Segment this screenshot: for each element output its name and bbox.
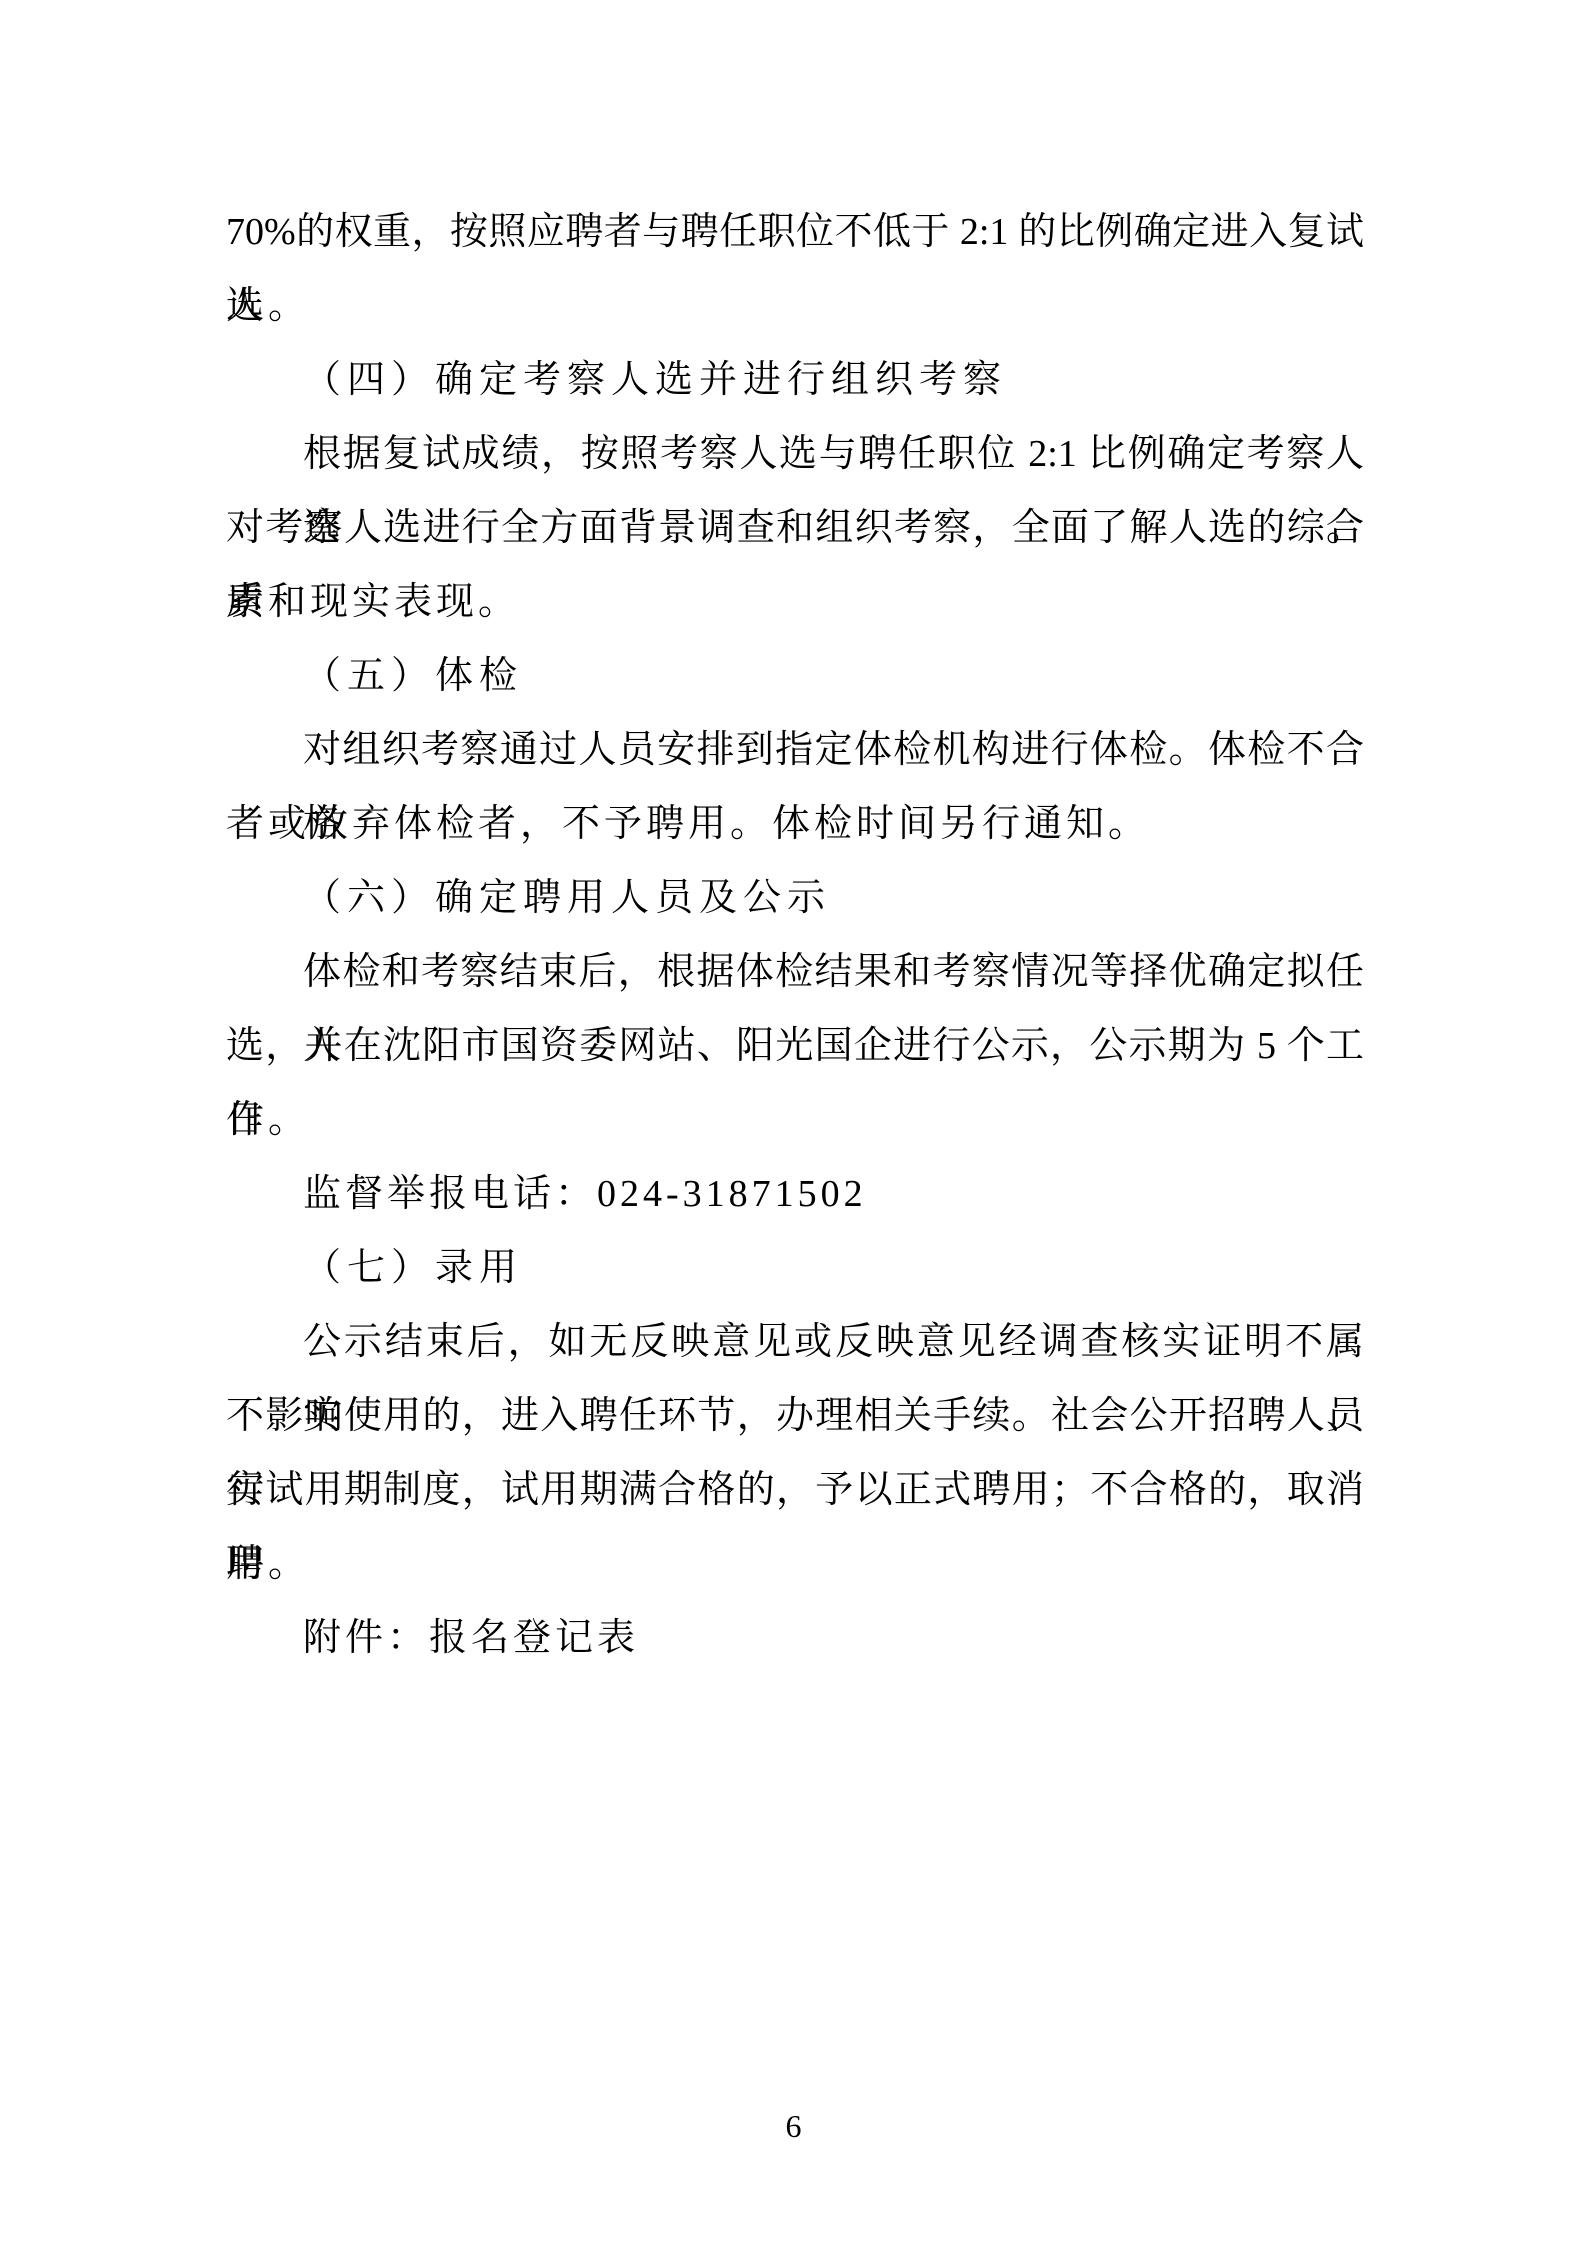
text-line: 日。 <box>226 1083 1364 1157</box>
heading-line: （五）体检 <box>226 639 1364 713</box>
text-line: 体检和考察结束后，根据体检结果和考察情况等择优确定拟任人 <box>226 935 1364 1009</box>
text-line: 附件：报名登记表 <box>226 1601 1364 1675</box>
heading-line: （七）录用 <box>226 1231 1364 1305</box>
text-line: 不影响使用的，进入聘任环节，办理相关手续。社会公开招聘人员实 <box>226 1379 1364 1453</box>
heading-line: （六）确定聘用人员及公示 <box>226 861 1364 935</box>
text-line: 对组织考察通过人员安排到指定体检机构进行体检。体检不合格 <box>226 713 1364 787</box>
text-line: 选。 <box>226 269 1364 343</box>
heading-line: （四）确定考察人选并进行组织考察 <box>226 343 1364 417</box>
page-number: 6 <box>0 2098 1587 2154</box>
text-line: 质和现实表现。 <box>226 565 1364 639</box>
text-line: 用。 <box>226 1527 1364 1601</box>
document-body: 70%的权重，按照应聘者与聘任职位不低于 2:1 的比例确定进入复试人选。（四）… <box>0 0 1587 2245</box>
document-page: 70%的权重，按照应聘者与聘任职位不低于 2:1 的比例确定进入复试人选。（四）… <box>0 0 1587 2245</box>
text-line: 者或放弃体检者，不予聘用。体检时间另行通知。 <box>226 787 1364 861</box>
text-line: 根据复试成绩，按照考察人选与聘任职位 2:1 比例确定考察人选。 <box>226 417 1364 491</box>
text-line: 70%的权重，按照应聘者与聘任职位不低于 2:1 的比例确定进入复试人 <box>226 195 1364 269</box>
text-line: 行试用期制度，试用期满合格的，予以正式聘用；不合格的，取消聘 <box>226 1453 1364 1527</box>
text-line: 对考察人选进行全方面背景调查和组织考察，全面了解人选的综合素 <box>226 491 1364 565</box>
text-line: 监督举报电话：024-31871502 <box>226 1157 1364 1231</box>
text-line: 选，并在沈阳市国资委网站、阳光国企进行公示，公示期为 5 个工作 <box>226 1009 1364 1083</box>
text-line: 公示结束后，如无反映意见或反映意见经调查核实证明不属实、 <box>226 1305 1364 1379</box>
